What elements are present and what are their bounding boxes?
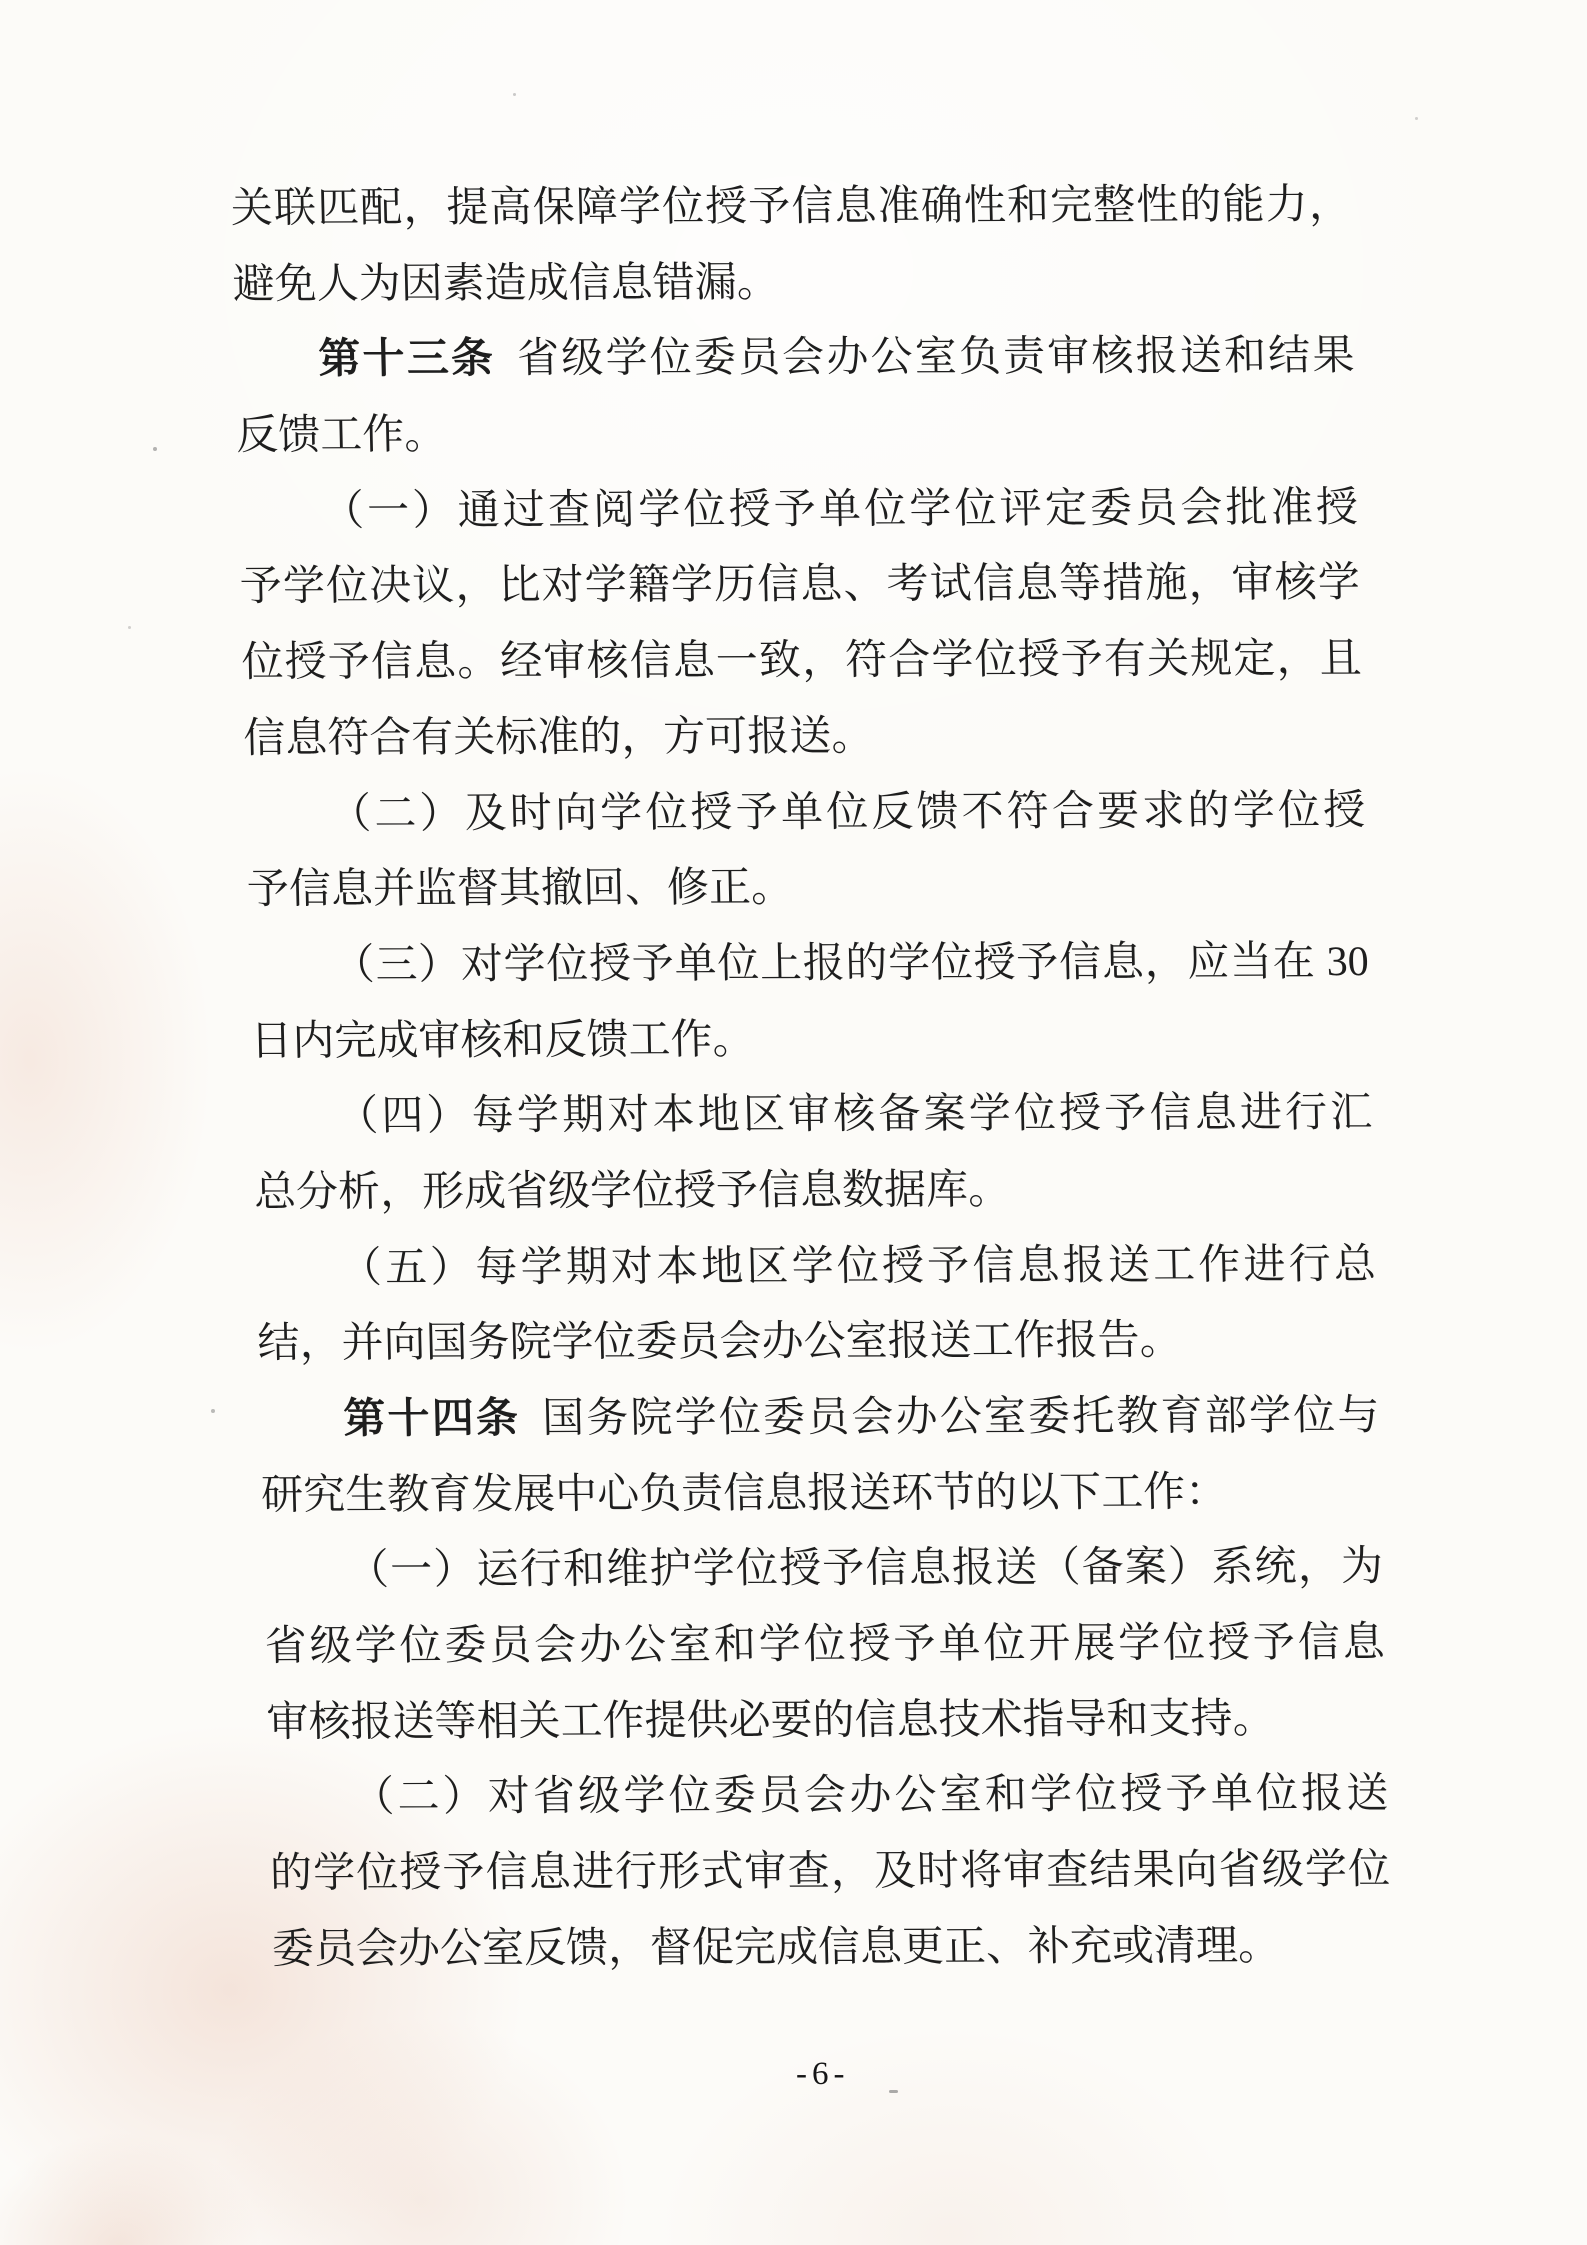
scan-speck	[128, 626, 131, 629]
scan-speck	[513, 93, 516, 96]
text-line: 避免人为因素造成信息错漏。	[232, 244, 1354, 324]
text-segment: （三）对学位授予单位上报的学位授予信息，应当在 30	[332, 939, 1369, 989]
text-segment: 总分析，形成省级学位授予信息数据库。	[254, 1167, 1011, 1216]
text-segment: 信息符合有关标准的，方可报送。	[243, 714, 874, 762]
text-segment: 予学位决议，比对学籍学历信息、考试信息等措施，审核学	[239, 560, 1360, 610]
document-body-text: 关联匹配，提高保障学位授予信息准确性和完整性的能力，避免人为因素造成信息错漏。第…	[230, 168, 1393, 1988]
text-segment: 位授予信息。经审核信息一致，符合学位授予有关规定，且	[241, 636, 1362, 686]
text-line: （二）及时向学位授予单位反馈不符合要求的学位授	[244, 774, 1366, 854]
text-line: （一）运行和维护学位授予信息报送（备案）系统，为	[262, 1530, 1384, 1610]
scan-speck	[211, 1409, 215, 1413]
scan-speck	[889, 2090, 898, 2093]
text-line: （一）通过查阅学位授予单位学位评定委员会批准授	[237, 471, 1359, 551]
text-segment: 审核报送等相关工作提供必要的信息技术指导和支持。	[266, 1696, 1275, 1746]
text-segment: 结，并向国务院学位委员会办公室报送工作报告。	[257, 1318, 1182, 1367]
text-line: 信息符合有关标准的，方可报送。	[242, 698, 1364, 778]
text-line: （五）每学期对本地区学位授予信息报送工作进行总	[255, 1228, 1377, 1308]
text-line: 审核报送等相关工作提供必要的信息技术指导和支持。	[266, 1682, 1388, 1762]
text-segment: 的学位授予信息进行形式审查，及时将审查结果向省级学位	[270, 1847, 1391, 1897]
text-segment: 日内完成审核和反馈工作。	[250, 1017, 755, 1065]
scanned-document-page: { "colors": { "paper": "#fcfbf8", "ink":…	[0, 0, 1587, 2245]
text-line: （四）每学期对本地区审核备案学位授予信息进行汇	[251, 1076, 1373, 1156]
article-number: 第十三条	[318, 336, 496, 383]
text-line: 研究生教育发展中心负责信息报送环节的以下工作：	[260, 1455, 1382, 1535]
text-segment: （五）每学期对本地区学位授予信息报送工作进行总	[339, 1242, 1376, 1292]
scan-speck	[1415, 117, 1418, 120]
text-segment: 省级学位委员会办公室和学位授予单位开展学位授予信息	[264, 1620, 1385, 1670]
text-segment: （一）通过查阅学位授予单位学位评定委员会批准授	[321, 485, 1358, 535]
text-line: 第十三条省级学位委员会办公室负责审核报送和结果	[234, 319, 1356, 399]
text-line: 日内完成审核和反馈工作。	[250, 1001, 1372, 1081]
text-line: 予学位决议，比对学籍学历信息、考试信息等措施，审核学	[239, 546, 1361, 626]
text-line: 结，并向国务院学位委员会办公室报送工作报告。	[257, 1303, 1379, 1383]
text-line: 位授予信息。经审核信息一致，符合学位授予有关规定，且	[241, 622, 1363, 702]
text-line: （二）对省级学位委员会办公室和学位授予单位报送	[267, 1757, 1389, 1837]
scan-speck	[153, 447, 157, 451]
text-segment: 反馈工作。	[236, 412, 447, 459]
text-line: 省级学位委员会办公室和学位授予单位开展学位授予信息	[264, 1606, 1386, 1686]
text-line: （三）对学位授予单位上报的学位授予信息，应当在 30	[248, 925, 1370, 1005]
text-segment: （四）每学期对本地区审核备案学位授予信息进行汇	[336, 1090, 1373, 1140]
text-line: 的学位授予信息进行形式审查，及时将审查结果向省级学位	[269, 1833, 1391, 1913]
text-line: 予信息并监督其撤回、修正。	[246, 849, 1368, 929]
text-segment: 委员会办公室反馈，督促完成信息更正、补充或清理。	[271, 1923, 1280, 1973]
page-number: -6-	[796, 2056, 849, 2093]
text-segment: 国务院学位委员会办公室委托教育部学位与	[542, 1393, 1380, 1442]
text-line: 反馈工作。	[235, 395, 1357, 475]
text-line: 关联匹配，提高保障学位授予信息准确性和完整性的能力，	[230, 168, 1352, 248]
text-line: 委员会办公室反馈，督促完成信息更正、补充或清理。	[271, 1909, 1393, 1989]
text-line: 总分析，形成省级学位授予信息数据库。	[253, 1152, 1375, 1232]
text-segment: 研究生教育发展中心负责信息报送环节的以下工作：	[261, 1469, 1228, 1518]
article-number: 第十四条	[343, 1396, 521, 1443]
text-segment: （一）运行和维护学位授予信息报送（备案）系统，为	[346, 1544, 1383, 1594]
text-segment: 关联匹配，提高保障学位授予信息准确性和完整性的能力，	[230, 182, 1351, 232]
text-segment: （二）对省级学位委员会办公室和学位授予单位报送	[352, 1771, 1389, 1821]
text-segment: 予信息并监督其撤回、修正。	[246, 865, 793, 913]
text-segment: 省级学位委员会办公室负责审核报送和结果	[517, 333, 1355, 382]
text-segment: （二）及时向学位授予单位反馈不符合要求的学位授	[329, 788, 1366, 838]
text-line: 第十四条国务院学位委员会办公室委托教育部学位与	[259, 1379, 1381, 1459]
text-segment: 避免人为因素造成信息错漏。	[232, 260, 779, 308]
